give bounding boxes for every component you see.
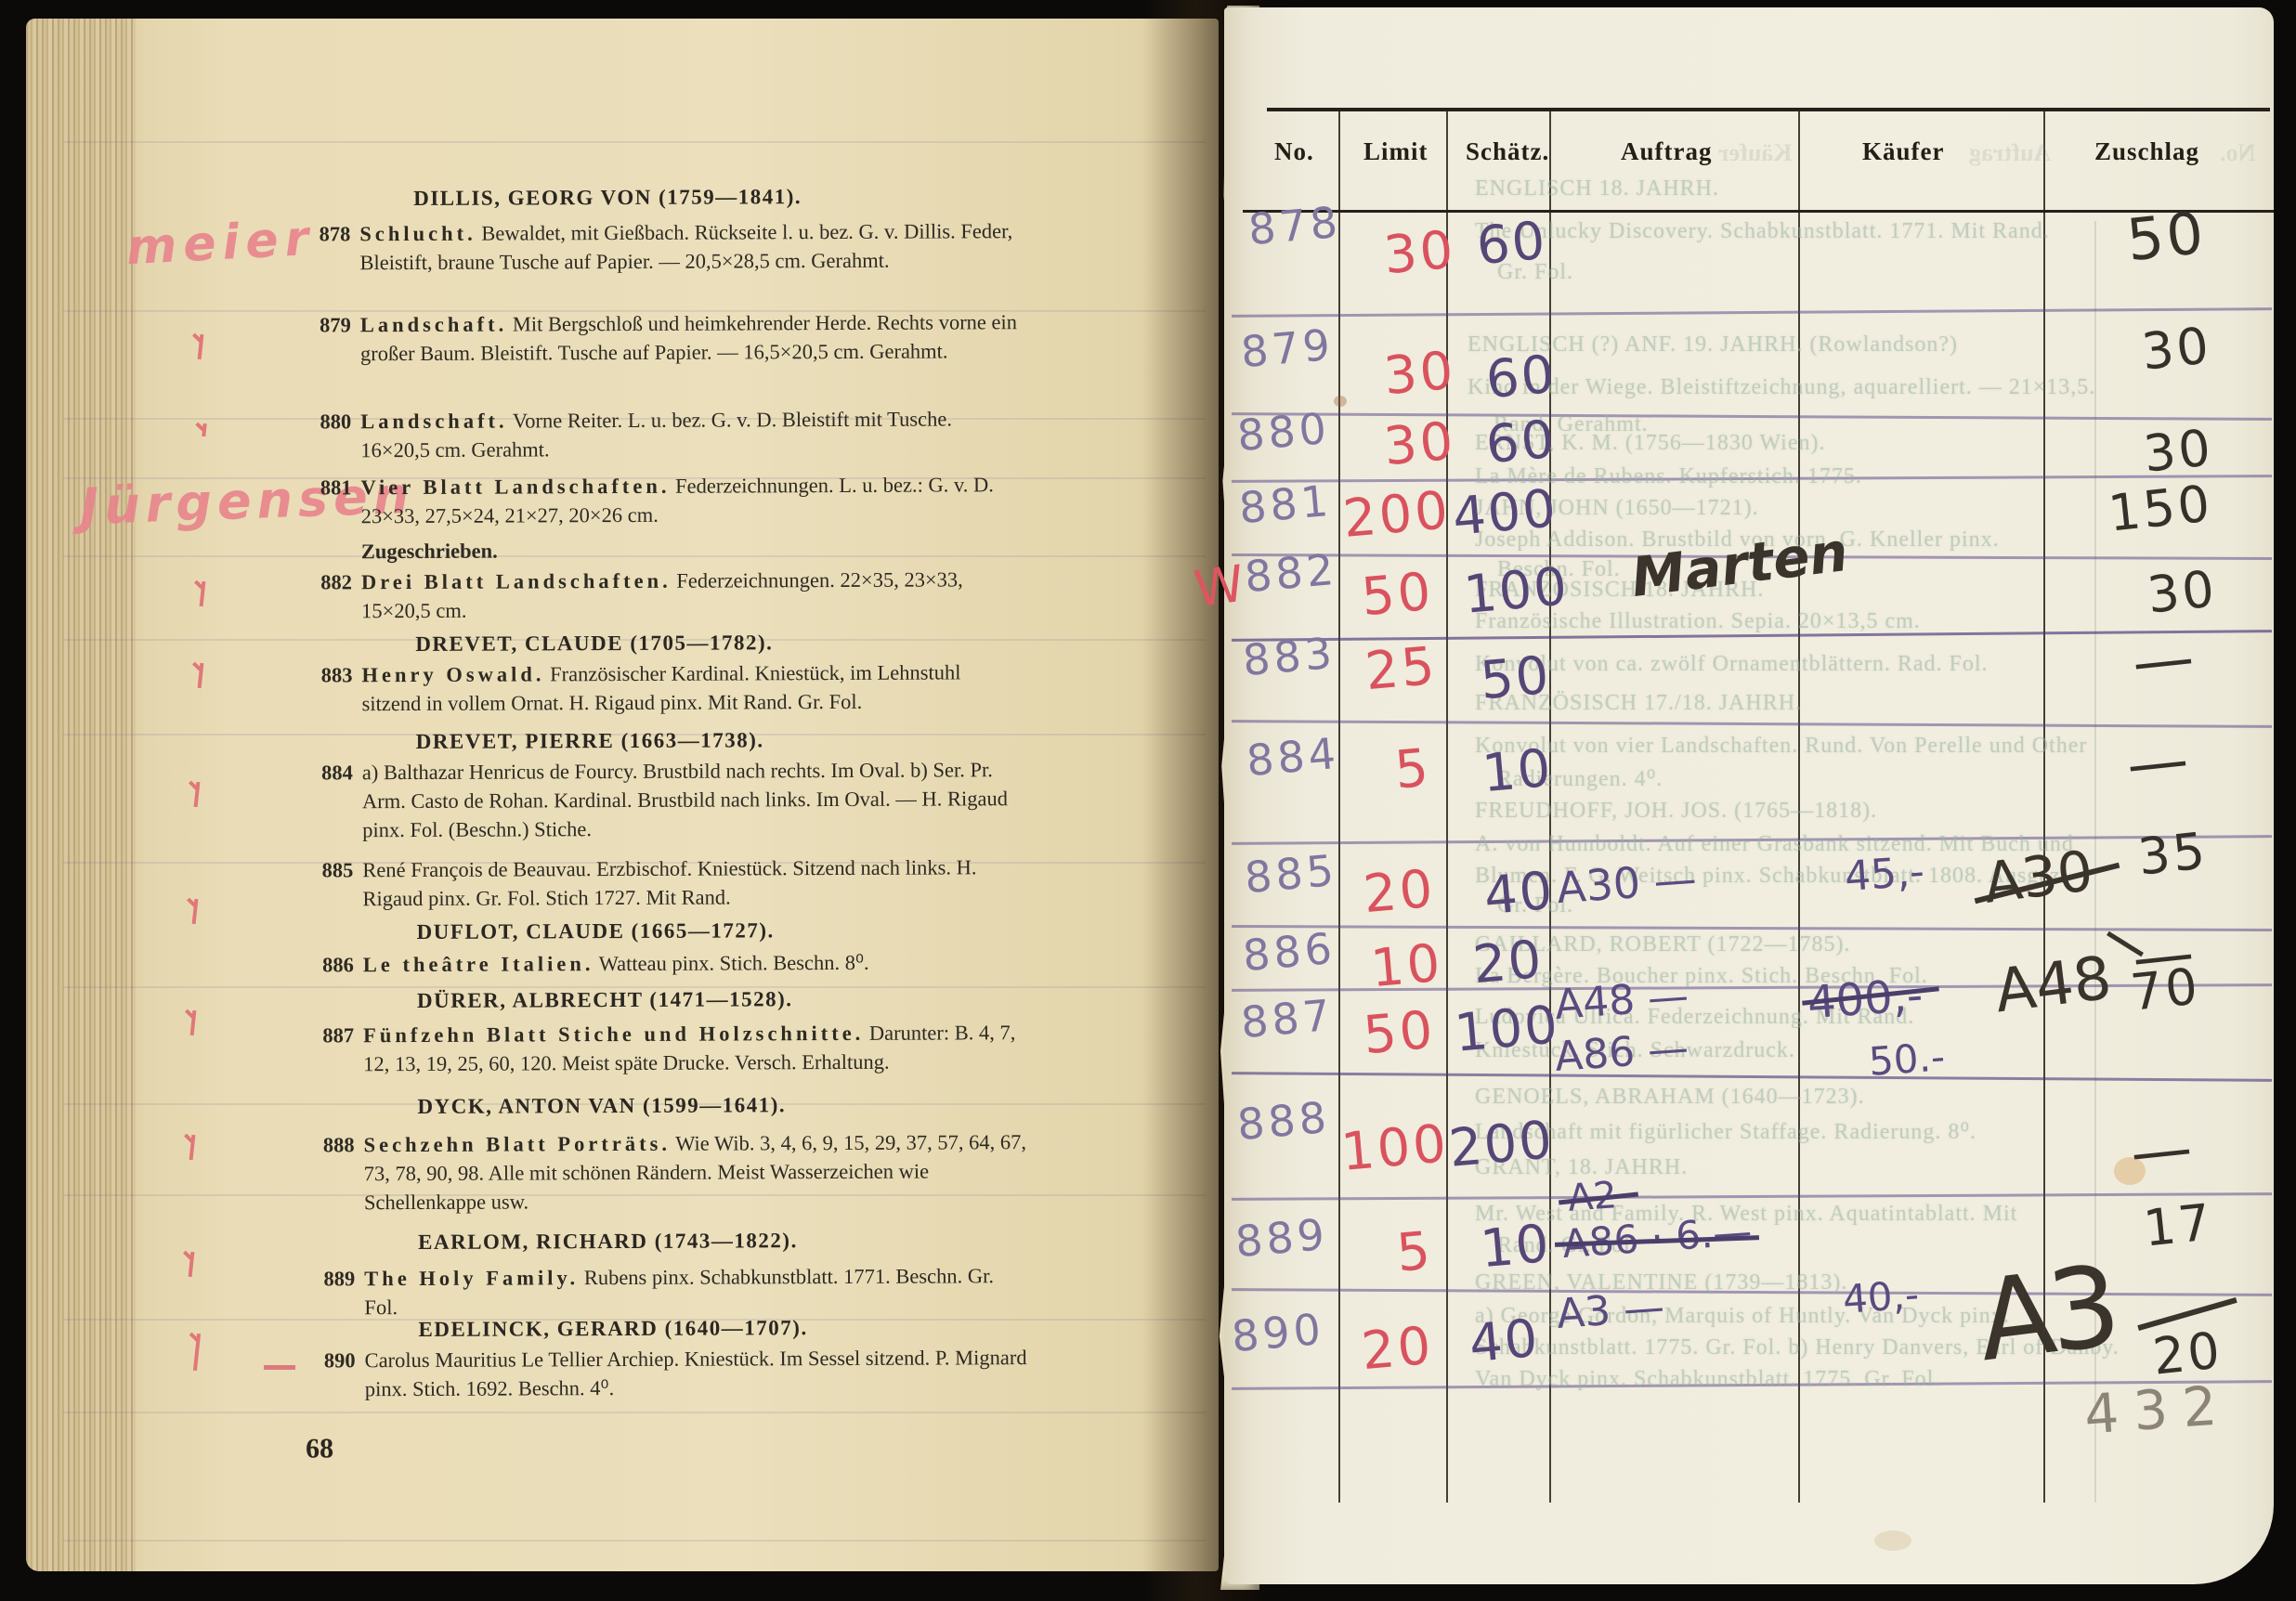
row-887-schaetz: 100 [1452,995,1561,1064]
col-header-kaeufer: Käufer [1862,137,1944,166]
lot-title: Drei Blatt Landschaften. [361,569,672,593]
ghost-line: ENGLISCH 18. JAHRH. [1475,176,1719,202]
lot-entry-882: 882 Drei Blatt Landschaften. Federzeichn… [302,565,1024,625]
row-881-schaetz: 400 [1450,478,1559,548]
lot-entry-881: 881 Vier Blatt Landschaften. Federzeichn… [301,470,1024,530]
row-890-kaeufer: 40,- [1841,1271,1920,1322]
ghost-line: Konvolut von vier Landschaften. Rund. Vo… [1475,734,2087,759]
column-line [1338,110,1340,1503]
lot-number: 882 [302,567,352,596]
artist-heading: DREVET, PIERRE (1663—1738). [416,727,1048,754]
column-line [1446,110,1448,1503]
lot-title: Schlucht. [359,222,476,246]
lot-entry-885: 885 René François de Beauvau. Erzbischof… [303,853,1025,913]
row-883-no: 883 [1241,628,1337,685]
row-882-zuschlag: 30 [2145,559,2220,624]
ghost-line: FREUDHOFF, JOH. JOS. (1765—1818). [1475,799,1877,824]
row-885-auftrag: A30 — [1555,853,1698,913]
row-886-limit: 10 [1368,933,1445,999]
lot-body: Watteau pinx. Stich. Beschn. 8⁰. [599,951,869,975]
row-878-zuschlag: 50 [2123,199,2209,274]
lot-title: Landschaft. [360,410,508,434]
lot-number: 878 [300,219,350,248]
row-881-limit: 200 [1340,480,1453,550]
lot-number: 890 [306,1346,356,1374]
row-885-kaeufer: 45,- [1843,848,1925,901]
row-890-schaetz: 40 [1467,1308,1542,1374]
row-882-no: 882 [1243,544,1339,602]
lot-entry-887: 887 Fünfzehn Blatt Stiche und Holzschnit… [304,1018,1026,1078]
row-883-zuschlag: — [2129,621,2200,699]
lot-number: 887 [304,1021,354,1049]
row-890-no: 890 [1230,1304,1326,1361]
row-separator [1232,1072,2272,1081]
row-separator [1232,307,2272,317]
artist-heading: DUFLOT, CLAUDE (1665—1727). [417,918,1049,944]
col-header-auftrag: Auftrag [1621,137,1712,166]
artist-heading: EDELINCK, GERARD (1640—1707). [418,1315,1050,1342]
lot-title: Fünfzehn Blatt Stiche und Holzschnitte. [363,1022,864,1047]
lot-number: 879 [301,310,351,339]
row-889-schaetz: 10 [1478,1214,1553,1280]
paper-stain [2114,1157,2146,1185]
lot-entry-883: 883 Henry Oswald. Französischer Kardinal… [302,657,1024,718]
table-header-rule [1243,210,2274,213]
row-886-no: 886 [1241,923,1337,981]
lot-title: The Holy Family. [364,1266,579,1290]
lot-number: 884 [303,758,353,787]
lot-body: a) Balthazar Henricus de Fourcy. Brustbi… [362,758,1008,841]
row-885-no: 885 [1243,845,1339,903]
artist-heading: DILLIS, GEORG VON (1759—1841). [413,184,1045,211]
artist-heading: DÜRER, ALBRECHT (1471—1528). [417,986,1049,1013]
lot-title: Le theâtre Italien. [363,952,594,976]
row-885-schaetz: 40 [1481,861,1557,927]
col-header-schaetz: Schätz. [1466,137,1549,166]
row-880-limit: 30 [1381,411,1458,477]
printed-catalog-text: DILLIS, GEORG VON (1759—1841). 878 Schlu… [22,16,1221,1574]
lot-title: Henry Oswald. [361,662,544,686]
row-888-no: 888 [1235,1092,1332,1150]
paper-stain [1874,1530,1911,1551]
lot-number: 889 [305,1264,355,1293]
lot-title: Vier Blatt Landschaften. [360,475,670,499]
row-separator [1232,1192,2272,1200]
table-top-rule [1267,108,2270,111]
lot-entry-878: 878 Schlucht. Bewaldet, mit Gießbach. Rü… [300,216,1023,277]
row-884-no: 884 [1245,728,1341,786]
lot-number: 886 [304,950,354,979]
right-page-ledger: No. Limit Schätz. Auftrag Käufer Zuschla… [1224,7,2274,1584]
row-889-limit: 5 [1394,1220,1435,1283]
row-890-kaeufer-mark: A3 [1971,1243,2121,1387]
artist-heading: DREVET, CLAUDE (1705—1782). [415,630,1047,657]
ghost-line: Van Dyck pinx. Schabkunstblatt. 1775. Gr… [1475,1367,1940,1392]
row-880-no: 880 [1235,403,1332,461]
row-878-limit: 30 [1381,220,1458,286]
auction-catalog-scan: meier Jürgensen DILLIS, GEORG VON (1759—… [0,0,2296,1601]
row-889-zuschlag: 17 [2141,1192,2216,1257]
artist-heading: DYCK, ANTON VAN (1599—1641). [417,1092,1049,1119]
row-879-zuschlag: 30 [2139,316,2214,381]
row-885-zuschlag: 35 [2135,821,2211,886]
row-878-no: 878 [1246,197,1343,254]
lot-number: 885 [303,855,353,884]
ghost-header: No. [2220,139,2255,167]
lot-number: 880 [301,407,351,436]
row-890-limit: 20 [1359,1316,1436,1382]
lot-title: Landschaft. [360,313,508,337]
col-header-no: No. [1274,137,1314,166]
col-header-zuschlag: Zuschlag [2094,137,2199,166]
row-883-schaetz: 50 [1478,645,1553,711]
row-885-limit: 20 [1361,859,1438,925]
row-884-schaetz: 10 [1480,738,1555,804]
ghost-line: Kind in der Wiege. Bleistiftzeichnung, a… [1468,375,2095,400]
lot-body: Carolus Mauritius Le Tellier Archiep. Kn… [365,1346,1027,1400]
pencil-total: 432 [2082,1373,2234,1447]
artist-heading: EARLOM, RICHARD (1743—1822). [418,1228,1050,1255]
row-890-auftrag: A3 — [1555,1283,1665,1338]
row-separator [1232,720,2272,727]
row-882-margin-mark: W [1191,554,1248,619]
row-887-kaeufer2: 50.- [1867,1034,1946,1085]
col-header-limit: Limit [1363,137,1428,166]
row-880-schaetz: 60 [1483,410,1559,475]
lot-entry-886: 886 Le theâtre Italien. Watteau pinx. St… [304,947,1026,979]
lot-entry-888: 888 Sechzehn Blatt Porträts. Wie Wib. 3,… [305,1127,1027,1217]
lot-note: Zugeschrieben. [361,540,498,565]
row-879-no: 879 [1239,319,1336,377]
lot-body: René François de Beauvau. Erzbischof. Kn… [362,855,976,910]
row-879-schaetz: 60 [1483,345,1559,410]
left-page: meier Jürgensen DILLIS, GEORG VON (1759—… [26,19,1219,1571]
ghost-line: Konvolut von ca. zwölf Ornamentblättern.… [1475,652,1989,677]
row-separator [1232,925,2272,931]
row-879-limit: 30 [1381,341,1458,407]
row-886-schaetz: 20 [1470,930,1546,996]
row-889-no: 889 [1233,1209,1330,1267]
row-883-limit: 25 [1363,636,1440,702]
page-number: 68 [306,1433,333,1464]
row-881-no: 881 [1237,475,1334,533]
lot-entry-879: 879 Landschaft. Mit Bergschloß und heimk… [301,307,1024,368]
row-884-zuschlag: — [2123,723,2195,801]
row-882-limit: 50 [1359,562,1436,628]
lot-title: Sechzehn Blatt Porträts. [364,1132,671,1156]
row-878-schaetz: 60 [1474,211,1549,277]
lot-entry-889: 889 The Holy Family. Rubens pinx. Schabk… [305,1261,1027,1321]
row-887-auftrag-line2: A86 — [1553,1024,1689,1081]
lot-entry-890: 890 Carolus Mauritius Le Tellier Archiep… [306,1343,1028,1403]
lot-number: 881 [301,473,351,501]
row-881-zuschlag: 150 [2106,474,2215,542]
lot-entry-880: 880 Landschaft. Vorne Reiter. L. u. bez.… [301,404,1024,464]
lot-number: 883 [302,660,352,689]
ghost-line: a) George Gordon, Marquis of Huntly. Van… [1475,1304,2010,1329]
row-887-no: 887 [1239,990,1336,1048]
row-887-limit: 50 [1361,1000,1438,1066]
row-887-kaeufer-mark: A48 [1991,944,2115,1027]
row-888-limit: 100 [1338,1113,1451,1183]
ghost-header: Käufer [1718,139,1792,167]
row-887-auftrag-line1: A48 — [1553,972,1689,1029]
lot-number: 888 [305,1130,355,1159]
lot-entry-884: 884 a) Balthazar Henricus de Fourcy. Bru… [303,755,1025,844]
paper-stain [1334,396,1347,407]
row-884-limit: 5 [1392,737,1433,800]
row-887-zuschlag: 70 [2128,957,2203,1022]
ghost-header: Auftrag [1969,139,2051,167]
row-882-schaetz: 100 [1461,556,1571,626]
ghost-line: GENOELS, ABRAHAM (1640—1723). [1475,1085,1865,1110]
row-888-schaetz: 200 [1446,1110,1556,1179]
ghost-line: The Unlucky Discovery. Schabkunstblatt. … [1475,219,2050,244]
